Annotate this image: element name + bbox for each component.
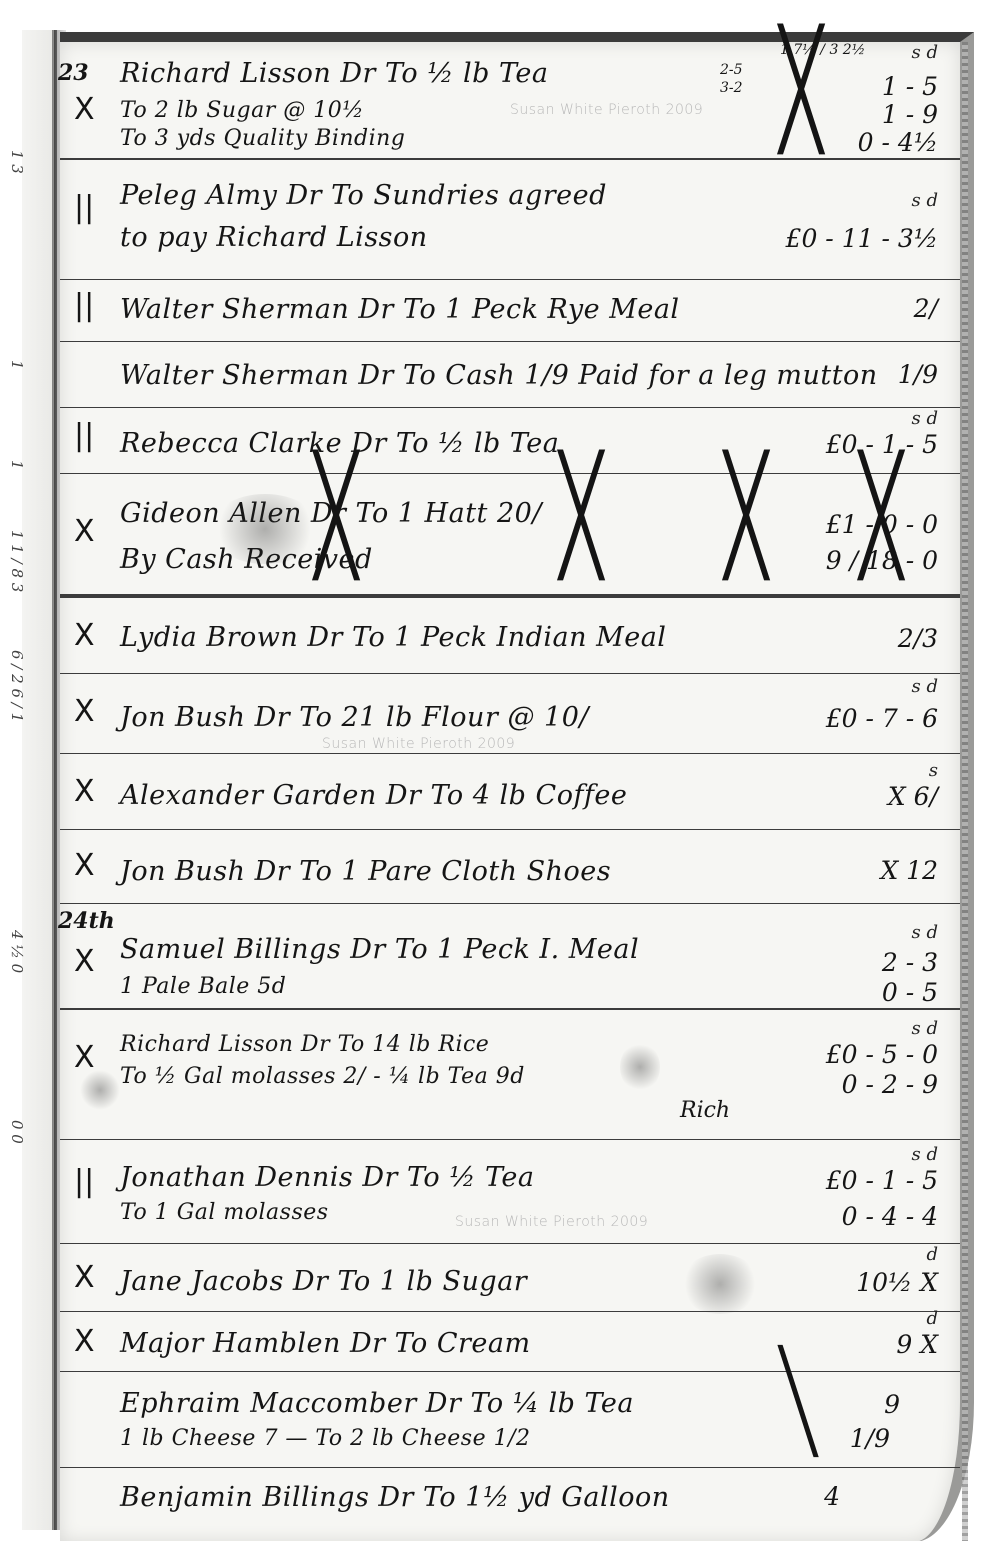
- amount: 2 - 3: [818, 948, 938, 977]
- entry-line: Jon Bush Dr To 1 Pare Cloth Shoes: [120, 856, 830, 887]
- ledger-entry: Ephraim Maccomber Dr To ¼ lb Tea 1 lb Ch…: [60, 1372, 960, 1468]
- entry-line: Lydia Brown Dr To 1 Peck Indian Meal: [120, 622, 830, 653]
- amount: 2/3: [818, 624, 938, 653]
- amount: 1 - 5: [818, 72, 938, 101]
- amount: 1/9: [770, 1424, 890, 1453]
- amount: 0 - 5: [818, 978, 938, 1007]
- ledger-entry: X Lydia Brown Dr To 1 Peck Indian Meal 2…: [60, 598, 960, 674]
- amount: £0 - 7 - 6: [768, 704, 938, 733]
- amount-heading: s: [818, 760, 938, 781]
- amount: 1 - 9: [818, 100, 938, 129]
- entry-line: Major Hamblen Dr To Cream: [120, 1328, 830, 1359]
- date-mark: 24th: [58, 908, 115, 934]
- margin-mark: X: [74, 514, 95, 549]
- side-calculation: 3-2: [720, 80, 743, 96]
- amount-heading: s d: [818, 42, 938, 63]
- amount: £0 - 1 - 5: [758, 430, 938, 459]
- left-page-fragment: 4 ½ 0: [8, 930, 26, 973]
- amount-heading: d: [818, 1244, 938, 1265]
- margin-mark: ||: [74, 1164, 94, 1199]
- ledger-entry: || Walter Sherman Dr To 1 Peck Rye Meal …: [60, 280, 960, 342]
- entry-line: Walter Sherman Dr To Cash 1/9 Paid for a…: [120, 360, 830, 391]
- entry-line: To ½ Gal molasses 2/ - ¼ lb Tea 9d: [120, 1064, 830, 1089]
- ledger-entry: X Gideon Allen Dr To 1 Hatt 20/ By Cash …: [60, 474, 960, 598]
- ledger-entry: X Alexander Garden Dr To 4 lb Coffee s X…: [60, 754, 960, 830]
- entry-line: Ephraim Maccomber Dr To ¼ lb Tea: [120, 1388, 830, 1419]
- amount-heading: d: [818, 1308, 938, 1329]
- entry-line: Walter Sherman Dr To 1 Peck Rye Meal: [120, 294, 830, 325]
- ledger-entry: || Jonathan Dennis Dr To ½ Tea To 1 Gal …: [60, 1140, 960, 1244]
- margin-mark: X: [74, 618, 95, 653]
- ledger-entry: Walter Sherman Dr To Cash 1/9 Paid for a…: [60, 342, 960, 408]
- left-page-fragment: 6 / 2 6 / 1: [8, 650, 26, 722]
- amount-heading: s d: [818, 922, 938, 943]
- ledger-entry: X Richard Lisson Dr To 14 lb Rice To ½ G…: [60, 1010, 960, 1140]
- watermark: Susan White Pieroth 2009: [455, 1214, 648, 1230]
- amount: 0 - 4 - 4: [758, 1202, 938, 1231]
- entry-line: Rebecca Clarke Dr To ½ lb Tea: [120, 428, 830, 459]
- amount-heading: s d: [818, 1144, 938, 1165]
- entry-line: Alexander Garden Dr To 4 lb Coffee: [120, 780, 830, 811]
- margin-mark: X: [74, 1260, 95, 1295]
- entry-line: to pay Richard Lisson: [120, 222, 830, 253]
- amount: 0 - 4½: [818, 128, 938, 157]
- margin-mark: X: [74, 1324, 95, 1359]
- ledger-entry: X Jon Bush Dr To 21 lb Flour @ 10/ s d £…: [60, 674, 960, 754]
- amount-heading: s d: [818, 676, 938, 697]
- amount: £0 - 11 - 3½: [738, 224, 938, 253]
- ledger-entry: 24th X Samuel Billings Dr To 1 Peck I. M…: [60, 904, 960, 1010]
- ink-smudge: [680, 1254, 760, 1314]
- amount: 4: [720, 1482, 840, 1511]
- left-page-fragment: 0 0: [8, 1120, 26, 1144]
- cancel-cross-mark: ╳: [315, 459, 357, 571]
- margin-mark: X: [74, 694, 95, 729]
- amount: 9 X: [818, 1330, 938, 1359]
- ink-smudge: [210, 494, 320, 564]
- ink-smudge: [620, 1042, 660, 1092]
- amount-heading: s d: [818, 408, 938, 429]
- annotation: Rich: [680, 1098, 730, 1123]
- ledger-entry: 23 X Richard Lisson Dr To ½ lb Tea To 2 …: [60, 42, 960, 160]
- amount: £0 - 5 - 0: [758, 1040, 938, 1069]
- margin-mark: ||: [74, 418, 94, 453]
- entry-line: To 3 yds Quality Binding: [120, 126, 830, 151]
- ledger-entry: X Major Hamblen Dr To Cream d 9 X: [60, 1312, 960, 1372]
- amount: X 12: [818, 856, 938, 885]
- ink-smudge: [80, 1070, 120, 1110]
- margin-mark: X: [74, 944, 95, 979]
- margin-mark: ||: [74, 288, 94, 323]
- amount: 9: [780, 1390, 900, 1419]
- margin-mark: X: [74, 774, 95, 809]
- amount: 10½ X: [818, 1268, 938, 1297]
- amount: £0 - 1 - 5: [758, 1166, 938, 1195]
- side-calculation: 2-5: [720, 62, 743, 78]
- amount: 2/: [818, 294, 938, 323]
- entry-line: Jonathan Dennis Dr To ½ Tea: [120, 1162, 830, 1193]
- ledger-page: 23 X Richard Lisson Dr To ½ lb Tea To 2 …: [60, 32, 974, 1541]
- entry-line: Peleg Almy Dr To Sundries agreed: [120, 180, 830, 211]
- ledger-entry: X Jon Bush Dr To 1 Pare Cloth Shoes X 12: [60, 830, 960, 904]
- entry-line: Jon Bush Dr To 21 lb Flour @ 10/: [120, 702, 830, 733]
- date-mark: 23: [58, 60, 89, 86]
- margin-mark: X: [74, 92, 95, 127]
- ledger-entry: X Jane Jacobs Dr To 1 lb Sugar d 10½ X: [60, 1244, 960, 1312]
- entry-line: To 2 lb Sugar @ 10½: [120, 98, 830, 123]
- amount: 1/9: [818, 360, 938, 389]
- amount-heading: s d: [818, 190, 938, 211]
- left-page-fragment: 1 1 / 8 3: [8, 530, 26, 592]
- amount: 9 / 18 - 0: [778, 546, 938, 575]
- margin-mark: ||: [74, 190, 94, 225]
- left-page-fragment: 1: [8, 360, 26, 370]
- entry-line: Samuel Billings Dr To 1 Peck I. Meal: [120, 934, 830, 965]
- left-page-fragment: 1 3: [8, 150, 26, 174]
- ledger-entry: || Rebecca Clarke Dr To ½ lb Tea s d £0 …: [60, 408, 960, 474]
- left-page-fragment: 1: [8, 460, 26, 470]
- amount: X 6/: [818, 782, 938, 811]
- amount: £1 - 0 - 0: [778, 510, 938, 539]
- cancel-cross-mark: ╳: [780, 33, 822, 145]
- entry-line: Richard Lisson Dr To 14 lb Rice: [120, 1032, 830, 1057]
- amount: 0 - 2 - 9: [758, 1070, 938, 1099]
- margin-mark: X: [74, 848, 95, 883]
- ledger-entry: || Peleg Almy Dr To Sundries agreed to p…: [60, 160, 960, 280]
- amount-heading: s d: [818, 1018, 938, 1039]
- watermark: Susan White Pieroth 2009: [510, 102, 703, 118]
- ledger-entry: Benjamin Billings Dr To 1½ yd Galloon 4: [60, 1468, 960, 1528]
- watermark: Susan White Pieroth 2009: [322, 736, 515, 752]
- cancel-cross-mark: ╳: [725, 459, 767, 571]
- entry-line: 1 Pale Bale 5d: [120, 974, 830, 999]
- margin-mark: X: [74, 1040, 95, 1075]
- entry-line: 1 lb Cheese 7 — To 2 lb Cheese 1/2: [120, 1426, 830, 1451]
- cancel-cross-mark: ╳: [560, 459, 602, 571]
